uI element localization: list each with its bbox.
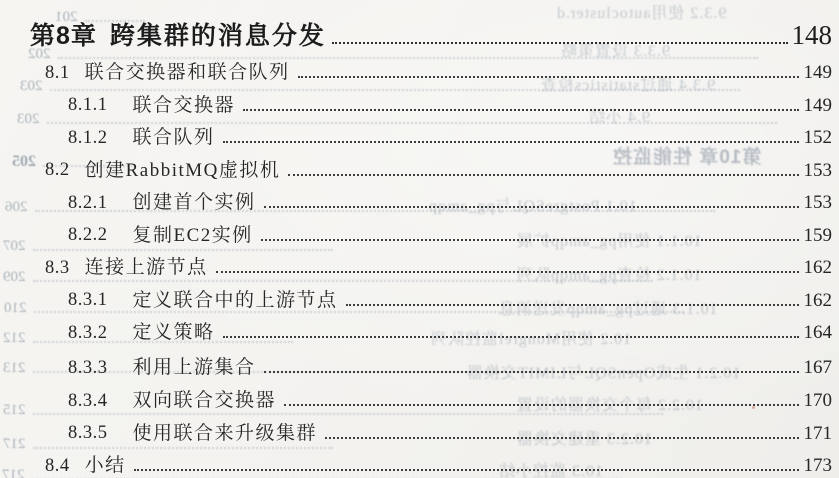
dot-leader — [325, 437, 798, 439]
entry-title: 定义联合中的上游节点 — [133, 291, 338, 310]
entry-number: 8.1.2 — [68, 129, 108, 148]
toc-entry: 8.1.2 联合队列 152 — [0, 117, 832, 147]
entry-page-number: 167 — [804, 358, 833, 377]
entry-page-number: 164 — [804, 323, 833, 342]
entry-number: 8.3 — [45, 259, 70, 278]
entry-number: 8.3.4 — [68, 392, 108, 411]
dot-leader — [298, 76, 799, 78]
dot-leader — [261, 239, 799, 241]
entry-number: 8.3.5 — [68, 424, 108, 443]
chapter-label: 第8章 — [30, 24, 97, 49]
toc-entry: 8.3.5 使用联合来升级集群 171 — [0, 413, 832, 443]
entry-number: 8.2.2 — [68, 226, 108, 245]
book-toc-page: 2012022032032052062072092102122132152172… — [0, 0, 839, 478]
chapter-heading-row: 第8章 跨集群的消息分发 148 — [30, 13, 832, 49]
dot-leader — [243, 109, 798, 111]
entry-title: 创建RabbitMQ虚拟机 — [85, 161, 281, 180]
entry-number: 8.1 — [45, 64, 70, 83]
entry-page-number: 162 — [804, 258, 833, 277]
entry-title: 连接上游节点 — [85, 258, 208, 277]
entry-number: 8.3.2 — [68, 324, 108, 343]
toc-entry: 8.3.3 利用上游集合 167 — [0, 347, 832, 377]
entry-page-number: 173 — [804, 456, 833, 475]
entry-number: 8.3.3 — [68, 359, 108, 378]
toc-entry: 8.2 创建RabbitMQ虚拟机 153 — [0, 150, 832, 180]
entry-number: 8.2 — [45, 161, 70, 180]
toc-entry: 8.4 小结 173 — [0, 445, 832, 475]
entry-page-number: 152 — [804, 128, 833, 147]
entry-title: 联合交换器 — [133, 96, 236, 115]
entry-title: 创建首个实例 — [133, 193, 256, 212]
toc-entry: 8.3.1 定义联合中的上游节点 162 — [0, 280, 832, 310]
entry-title: 小结 — [85, 456, 126, 475]
dot-leader — [216, 271, 799, 273]
dot-leader — [288, 174, 798, 176]
dot-leader — [264, 371, 799, 373]
dot-leader — [346, 304, 799, 306]
chapter-title: 跨集群的消息分发 — [110, 24, 326, 49]
dot-leader — [223, 336, 799, 338]
toc-entry: 8.2.2 复制EC2实例 159 — [0, 215, 832, 245]
toc-entry: 8.2.1 创建首个实例 153 — [0, 182, 832, 212]
entry-title: 使用联合来升级集群 — [133, 424, 318, 443]
entry-page-number: 153 — [804, 193, 833, 212]
dot-leader — [332, 42, 788, 44]
toc-entry: 8.1 联合交换器和联合队列 149 — [0, 52, 832, 82]
entry-title: 利用上游集合 — [133, 358, 256, 377]
entry-title: 复制EC2实例 — [133, 226, 253, 245]
entry-title: 定义策略 — [133, 323, 215, 342]
toc-entry: 8.3.4 双向联合交换器 170 — [0, 380, 832, 410]
entry-page-number: 149 — [804, 63, 833, 82]
dot-leader — [223, 141, 799, 143]
dot-leader — [264, 206, 799, 208]
entry-title: 联合交换器和联合队列 — [85, 63, 290, 82]
entry-page-number: 149 — [804, 96, 833, 115]
entry-page-number: 171 — [804, 424, 833, 443]
entry-page-number: 162 — [804, 291, 833, 310]
dot-leader — [284, 404, 798, 406]
entry-number: 8.3.1 — [68, 291, 108, 310]
entry-title: 联合队列 — [133, 128, 215, 147]
entry-page-number: 153 — [804, 161, 833, 180]
chapter-page-number: 148 — [792, 22, 833, 49]
dot-leader — [134, 469, 799, 471]
toc-entry: 8.3 连接上游节点 162 — [0, 247, 832, 277]
entry-number: 8.1.1 — [68, 96, 108, 115]
toc-entry: 8.1.1 联合交换器 149 — [0, 85, 832, 115]
entry-title: 双向联合交换器 — [133, 391, 277, 410]
entry-page-number: 159 — [804, 226, 833, 245]
table-of-contents: 第8章 跨集群的消息分发 148 8.1 联合交换器和联合队列 149 8.1.… — [0, 0, 839, 478]
entry-number: 8.4 — [45, 457, 70, 476]
entry-number: 8.2.1 — [68, 194, 108, 213]
entry-page-number: 170 — [804, 391, 833, 410]
toc-entry: 8.3.2 定义策略 164 — [0, 312, 832, 342]
